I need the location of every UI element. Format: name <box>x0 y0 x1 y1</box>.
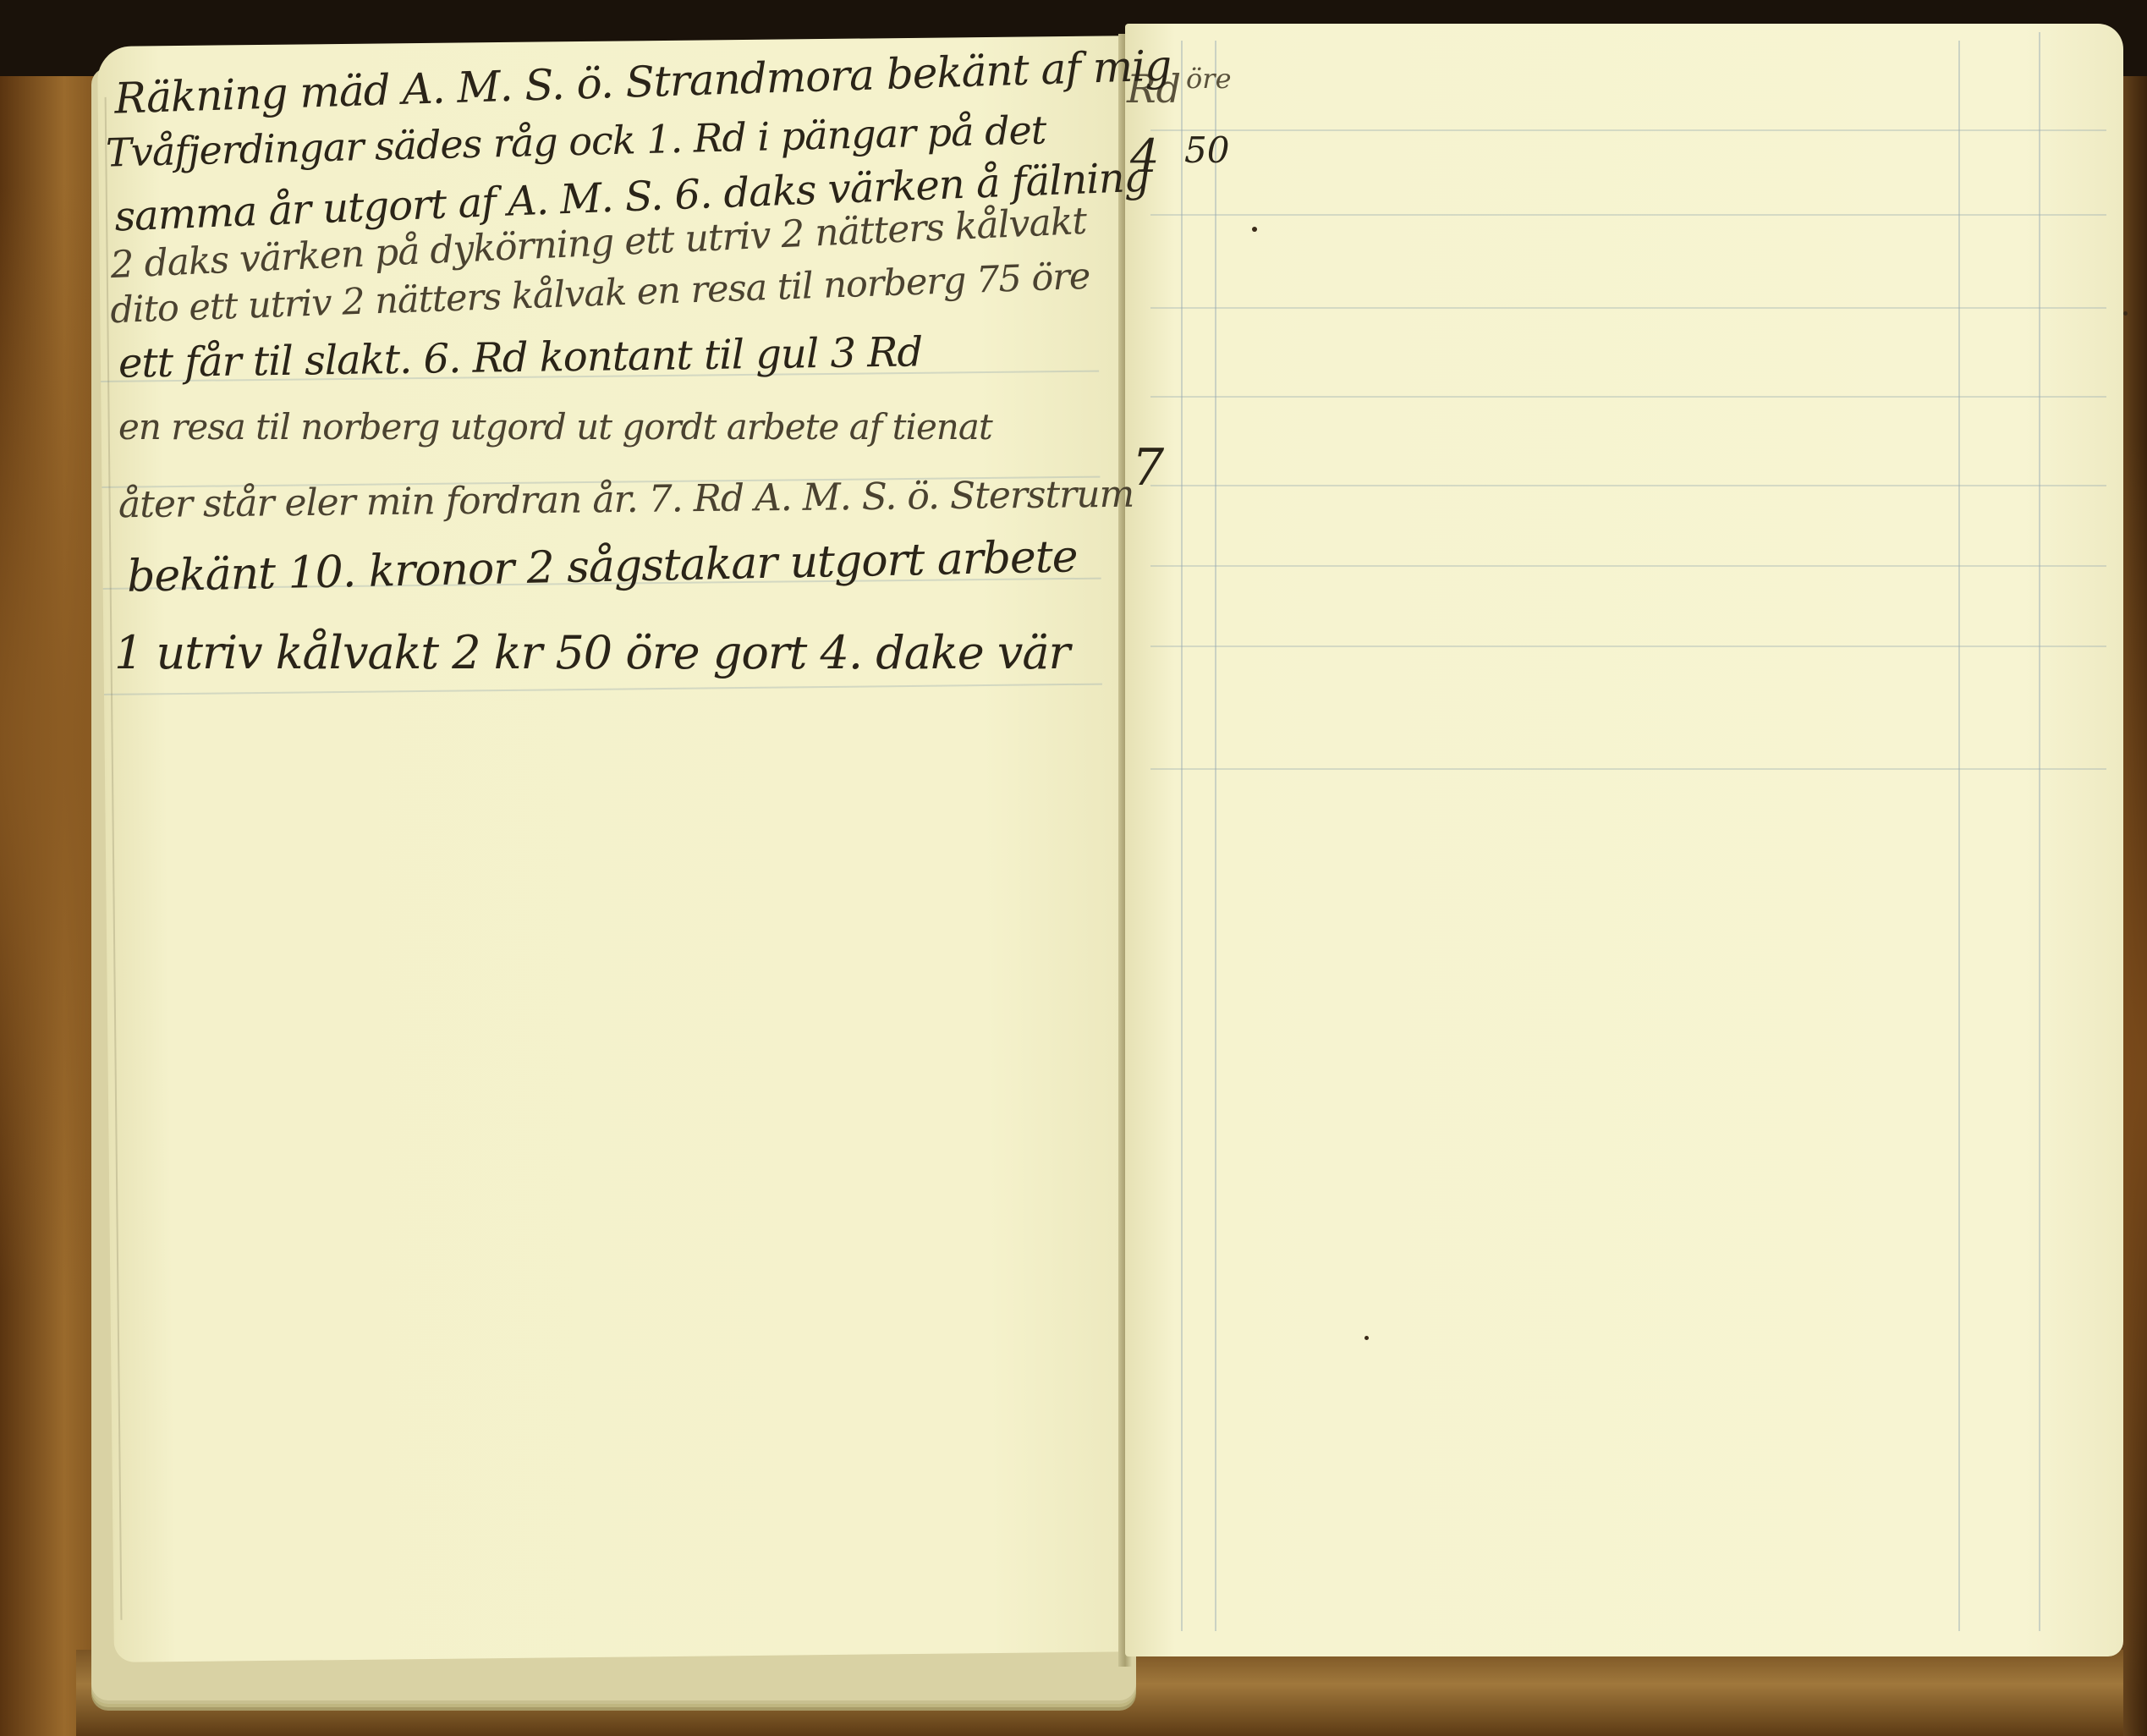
rule-line <box>1150 768 2106 770</box>
ink-speck <box>1252 227 1257 232</box>
column-rule-right-2 <box>2039 32 2040 1631</box>
rule-line <box>1150 565 2106 567</box>
rule-line <box>1150 129 2106 131</box>
amount-ore: 50 <box>1184 129 1229 171</box>
rule-line <box>1150 396 2106 398</box>
column-rule-riksdaler <box>1181 41 1183 1631</box>
handwritten-line: en resa til norberg utgord ut gordt arbe… <box>118 406 992 448</box>
rule-line <box>1150 214 2106 216</box>
ink-speck <box>2123 311 2128 316</box>
rule-line <box>1150 646 2106 647</box>
column-header-ore: öre <box>1186 63 1232 95</box>
right-page: Rd öre 4 50 7 <box>1125 24 2123 1656</box>
rule-line <box>1150 307 2106 309</box>
column-rule-right-1 <box>1958 41 1960 1631</box>
rule-line <box>1150 485 2106 486</box>
column-rule-ore <box>1215 41 1216 1631</box>
ink-speck <box>1365 1336 1369 1340</box>
handwritten-line: 1 utriv kålvakt 2 kr 50 öre gort 4. dake… <box>114 626 1069 679</box>
rule-line <box>104 684 1102 695</box>
amount-riksdaler: 7 <box>1132 438 1164 497</box>
